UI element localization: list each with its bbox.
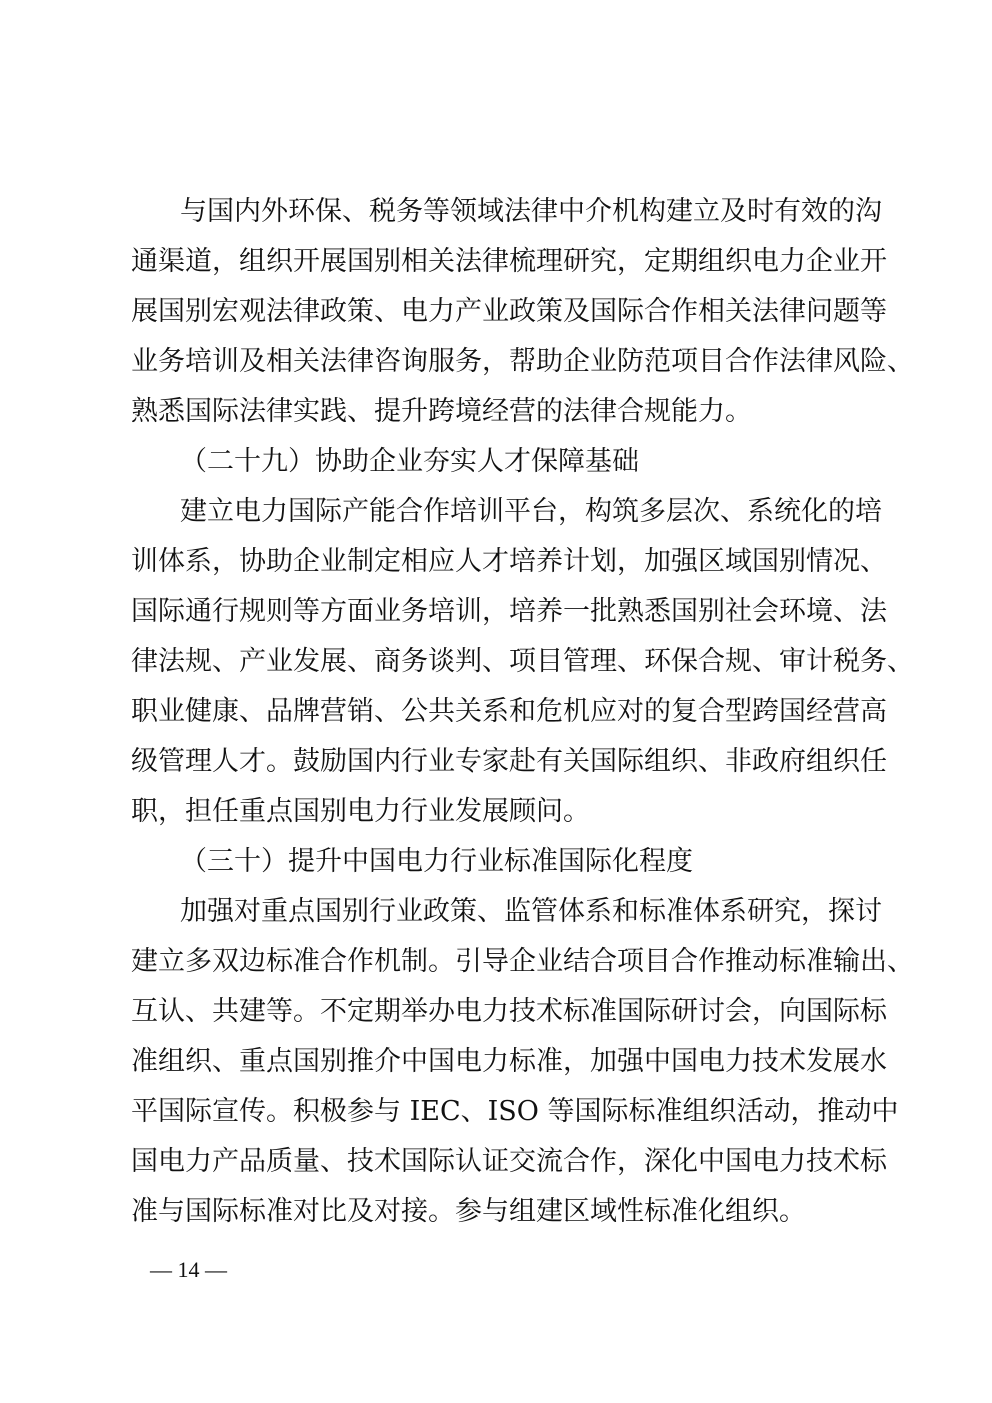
paragraph-line: 建立多双边标准合作机制。引导企业结合项目合作推动标准输出、 [131, 945, 883, 979]
paragraph-line: 职，担任重点国别电力行业发展顾问。 [131, 795, 863, 829]
paragraph-line: 互认、共建等。不定期举办电力技术标准国际研讨会，向国际标 [131, 995, 863, 1029]
paragraph-line: 国电力产品质量、技术国际认证交流合作，深化中国电力技术标 [131, 1145, 863, 1179]
paragraph-line: 通渠道，组织开展国别相关法律梳理研究，定期组织电力企业开 [131, 245, 863, 279]
paragraph-line: 级管理人才。鼓励国内行业专家赴有关国际组织、非政府组织任 [131, 745, 863, 779]
paragraph-line: 准与国际标准对比及对接。参与组建区域性标准化组织。 [131, 1195, 863, 1229]
paragraph-line: 展国别宏观法律政策、电力产业政策及国际合作相关法律问题等 [131, 295, 863, 329]
document-page: 与国内外环保、税务等领域法律中介机构建立及时有效的沟 通渠道，组织开展国别相关法… [0, 0, 992, 1403]
paragraph-line: 准组织、重点国别推介中国电力标准，加强中国电力技术发展水 [131, 1045, 863, 1079]
paragraph-line: 建立电力国际产能合作培训平台，构筑多层次、系统化的培 [180, 495, 863, 529]
paragraph-line: 职业健康、品牌营销、公共关系和危机应对的复合型跨国经营高 [131, 695, 863, 729]
paragraph-line: 熟悉国际法律实践、提升跨境经营的法律合规能力。 [131, 395, 863, 429]
paragraph-line: 平国际宣传。积极参与 IEC、ISO 等国际标准组织活动，推动中 [131, 1095, 863, 1129]
paragraph-line: 律法规、产业发展、商务谈判、项目管理、环保合规、审计税务、 [131, 645, 863, 679]
section-heading-30: （三十）提升中国电力行业标准国际化程度 [180, 845, 693, 879]
paragraph-line: 业务培训及相关法律咨询服务，帮助企业防范项目合作法律风险、 [131, 345, 883, 379]
page-number: — 14 — [150, 1255, 227, 1285]
section-heading-29: （二十九）协助企业夯实人才保障基础 [180, 445, 639, 479]
paragraph-line: 加强对重点国别行业政策、监管体系和标准体系研究，探讨 [180, 895, 863, 929]
paragraph-line: 与国内外环保、税务等领域法律中介机构建立及时有效的沟 [180, 195, 863, 229]
paragraph-line: 训体系，协助企业制定相应人才培养计划，加强区域国别情况、 [131, 545, 863, 579]
paragraph-line: 国际通行规则等方面业务培训，培养一批熟悉国别社会环境、法 [131, 595, 863, 629]
